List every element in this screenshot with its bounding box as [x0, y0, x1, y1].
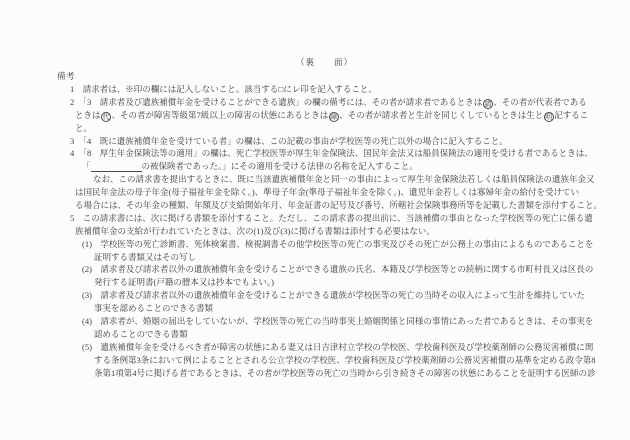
note-text: 3 「4 既に遺族補償年金を受けている者」の欄は、この記載の事由が学校医等の死亡…: [70, 136, 508, 146]
note-line: る場合には、その年金の種類、年額及び支給開始年月、年金証書の記号及び番号、所轄社…: [75, 199, 630, 212]
note-text: (1) 学校医等の死亡診断書、死体検案書、検視調書その他学校医等の死亡の事実及び…: [82, 239, 593, 249]
note-text: は国民年金法の母子年金(母子福祉年金を除く。)、準母子年金(準母子福祉年金を除く…: [75, 187, 579, 197]
note-text: ときは: [75, 110, 101, 120]
note-line: ときは代、その者が障害等級第7級以上の障害の状態にあるときは障、その者が請求者と…: [75, 109, 630, 122]
note-line: する条例第3条において例によることとされる公立学校の学校医、学校歯科医及び学校薬…: [94, 354, 630, 367]
circled-character: 障: [329, 112, 339, 122]
notes-heading: 備考: [57, 70, 75, 82]
note-text: (5) 遺族補償年金を受けるべき者が障害の状態にある妻又は日吉津村立学校の学校医…: [82, 342, 593, 352]
note-line: 5 この請求書には、次に掲げる書類を添付すること。ただし、この請求書の提出前に、…: [70, 212, 630, 225]
note-line: 認めることのできる書類: [94, 328, 630, 341]
blank-fill-line: [91, 161, 142, 172]
page-side-label: （裏 面）: [296, 56, 353, 68]
note-text: る場合には、その年金の種類、年額及び支給開始年月、年金証書の記号及び番号、所轄社…: [75, 200, 602, 210]
note-text: 、その者が障害等級第7級以上の障害の状態にあるときは: [112, 110, 329, 120]
note-line: は国民年金法の母子年金(母子福祉年金を除く。)、準母子年金(準母子福祉年金を除く…: [75, 186, 630, 199]
note-line: 族補償年金の支給が行われていたときは、次の(1)及び(3)に掲げる書類は添付する…: [75, 225, 630, 238]
circled-character: 代: [101, 112, 111, 122]
note-text: の被保険者であった。」にその適用を受ける法律の名称を記入すること。: [142, 161, 418, 171]
note-text: 認めることのできる書類: [94, 329, 188, 339]
note-text: 族補償年金の支給が行われていたときは、次の(1)及び(3)に掲げる書類は添付する…: [75, 226, 435, 236]
note-line: (4) 請求者が、婚姻の届出をしていないが、学校医等の死亡の当時事実上婚姻関係と…: [82, 315, 630, 328]
note-line: 条第1項第4号に掲げる者であるときは、その者が学校医等の死亡の当時から引き続きそ…: [94, 367, 630, 380]
note-text: 2 「3 請求者及び遺族補償年金を受けることができる遺族」の欄の備考には、その者…: [70, 97, 482, 107]
note-text: (3) 請求者及び請求者以外の遺族補償年金を受けることができる遺族が学校医等の死…: [82, 290, 585, 300]
notes-list: 1 請求者は、※印の欄には記入しないこと。該当する□にレ印を記入すること。2 「…: [0, 83, 630, 379]
note-line: 証明する書類又はその写し: [94, 251, 630, 264]
note-line: 発行する証明書(戸籍の謄本又は抄本でもよい。): [94, 276, 630, 289]
document-page: （裏 面） 備考 1 請求者は、※印の欄には記入しないこと。該当する□にレ印を記…: [0, 0, 630, 440]
note-text: 証明する書類又はその写し: [94, 252, 196, 262]
note-line: 3 「4 既に遺族補償年金を受けている者」の欄は、この記載の事由が学校医等の死亡…: [70, 135, 630, 148]
note-text: 1 請求者は、※印の欄には記入しないこと。該当する□にレ印を記入すること。: [70, 84, 377, 94]
note-line: (5) 遺族補償年金を受けるべき者が障害の状態にある妻又は日吉津村立学校の学校医…: [82, 341, 630, 354]
note-text: 4 「8 厚生年金保険法等の適用」の欄は、死亡学校医等が厚生年金保険法、国民年金…: [70, 148, 593, 158]
note-text: 条第1項第4号に掲げる者であるときは、その者が学校医等の死亡の当時から引き続きそ…: [94, 368, 596, 378]
note-text: する条例第3条において例によることとされる公立学校の学校医、学校歯科医及び学校薬…: [94, 355, 596, 365]
note-line: 「 の被保険者であった。」にその適用を受ける法律の名称を記入すること。: [82, 160, 630, 173]
note-line: (2) 請求者及び請求者以外の遺族補償年金を受けることができる遺族の氏名、本籍及…: [82, 263, 630, 276]
note-line: (3) 請求者及び請求者以外の遺族補償年金を受けることができる遺族が学校医等の死…: [82, 289, 630, 302]
note-text: と。: [75, 123, 92, 133]
note-line: 2 「3 請求者及び遺族補償年金を受けることができる遺族」の欄の備考には、その者…: [70, 96, 630, 109]
note-text: 、その者が請求者と生計を同じくしているときは生と: [339, 110, 543, 120]
note-line: 1 請求者は、※印の欄には記入しないこと。該当する□にレ印を記入すること。: [70, 83, 630, 96]
circled-character: 請: [483, 99, 493, 109]
note-text: 事実を認めることのできる書類: [94, 303, 213, 313]
note-line: (1) 学校医等の死亡診断書、死体検案書、検視調書その他学校医等の死亡の事実及び…: [82, 238, 630, 251]
note-text: 発行する証明書(戸籍の謄本又は抄本でもよい。): [94, 277, 274, 287]
note-text: 、その者が代表者である: [493, 97, 587, 107]
circled-character: 明: [544, 112, 554, 122]
note-text: 5 この請求書には、次に掲げる書類を添付すること。ただし、この請求書の提出前に、…: [70, 213, 593, 223]
note-text: 記するこ: [554, 110, 588, 120]
note-text: なお、この請求書を提出するときに、既に当該遺族補償年金と同一の事由によって厚生年…: [93, 174, 595, 184]
note-text: 「: [82, 161, 91, 171]
note-line: と。: [75, 122, 630, 135]
note-line: 事実を認めることのできる書類: [94, 302, 630, 315]
note-text: (4) 請求者が、婚姻の届出をしていないが、学校医等の死亡の当時事実上婚姻関係と…: [82, 316, 593, 326]
note-line: 4 「8 厚生年金保険法等の適用」の欄は、死亡学校医等が厚生年金保険法、国民年金…: [70, 147, 630, 160]
note-text: (2) 請求者及び請求者以外の遺族補償年金を受けることができる遺族の氏名、本籍及…: [82, 264, 593, 274]
note-line: なお、この請求書を提出するときに、既に当該遺族補償年金と同一の事由によって厚生年…: [93, 173, 630, 186]
